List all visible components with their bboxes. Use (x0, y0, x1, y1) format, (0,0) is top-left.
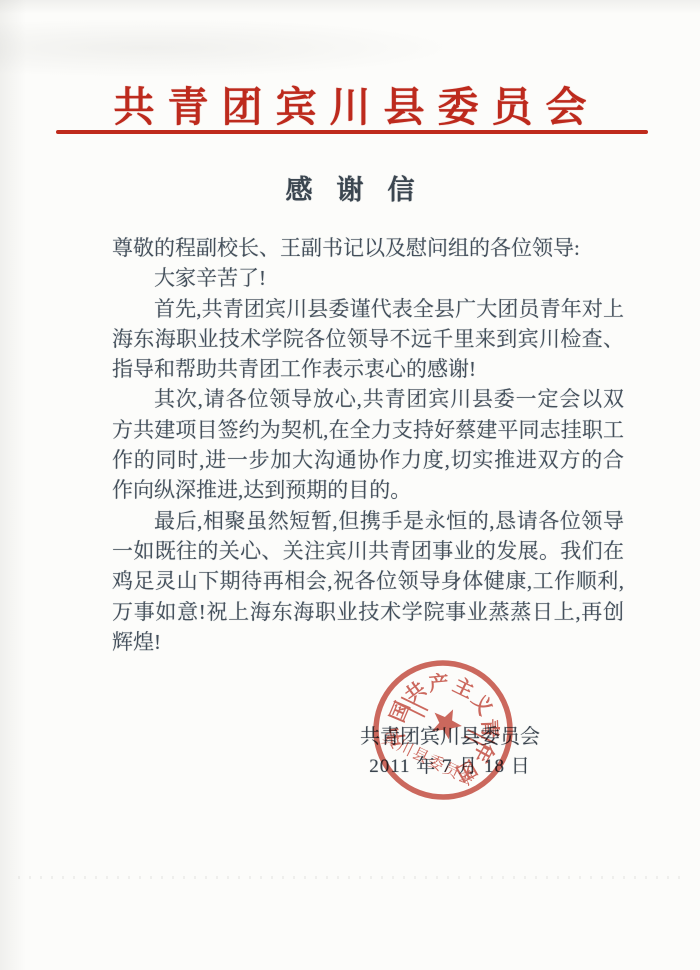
letter-body: 尊敬的程副校长、王副书记以及慰问组的各位领导: 大家辛苦了! 首先,共青团宾川县… (112, 233, 624, 657)
paragraph: 首先,共青团宾川县委谨代表全县广大团员青年对上海东海职业技术学院各位领导不远千里… (112, 294, 624, 385)
seal-star-icon (427, 703, 467, 742)
letterhead-title: 共青团宾川县委员会 (0, 74, 700, 133)
paragraph: 其次,请各位领导放心,共青团宾川县委一定会以双方共建项目签约为契机,在全力支持好… (112, 384, 624, 505)
scan-artifact (0, 18, 460, 78)
scan-artifact (18, 876, 682, 879)
document-title: 感谢信 (0, 168, 700, 207)
scanned-letter-page: 共青团宾川县委员会 感谢信 尊敬的程副校长、王副书记以及慰问组的各位领导: 大家… (0, 0, 700, 970)
svg-text:产: 产 (428, 670, 450, 696)
scan-artifact (0, 0, 700, 14)
svg-text:共: 共 (400, 676, 430, 707)
paragraph: 大家辛苦了! (112, 263, 624, 293)
seal-ring (355, 642, 531, 818)
letterhead-rule (56, 130, 648, 134)
official-seal: 中国共产主义青年团 宾川县委员会 (355, 642, 531, 818)
scan-artifact (0, 0, 26, 970)
salutation: 尊敬的程副校长、王副书记以及慰问组的各位领导: (112, 233, 624, 263)
paragraph: 最后,相聚虽然短暂,但携手是永恒的,恳请各位领导一如既往的关心、关注宾川共青团事… (112, 506, 624, 657)
